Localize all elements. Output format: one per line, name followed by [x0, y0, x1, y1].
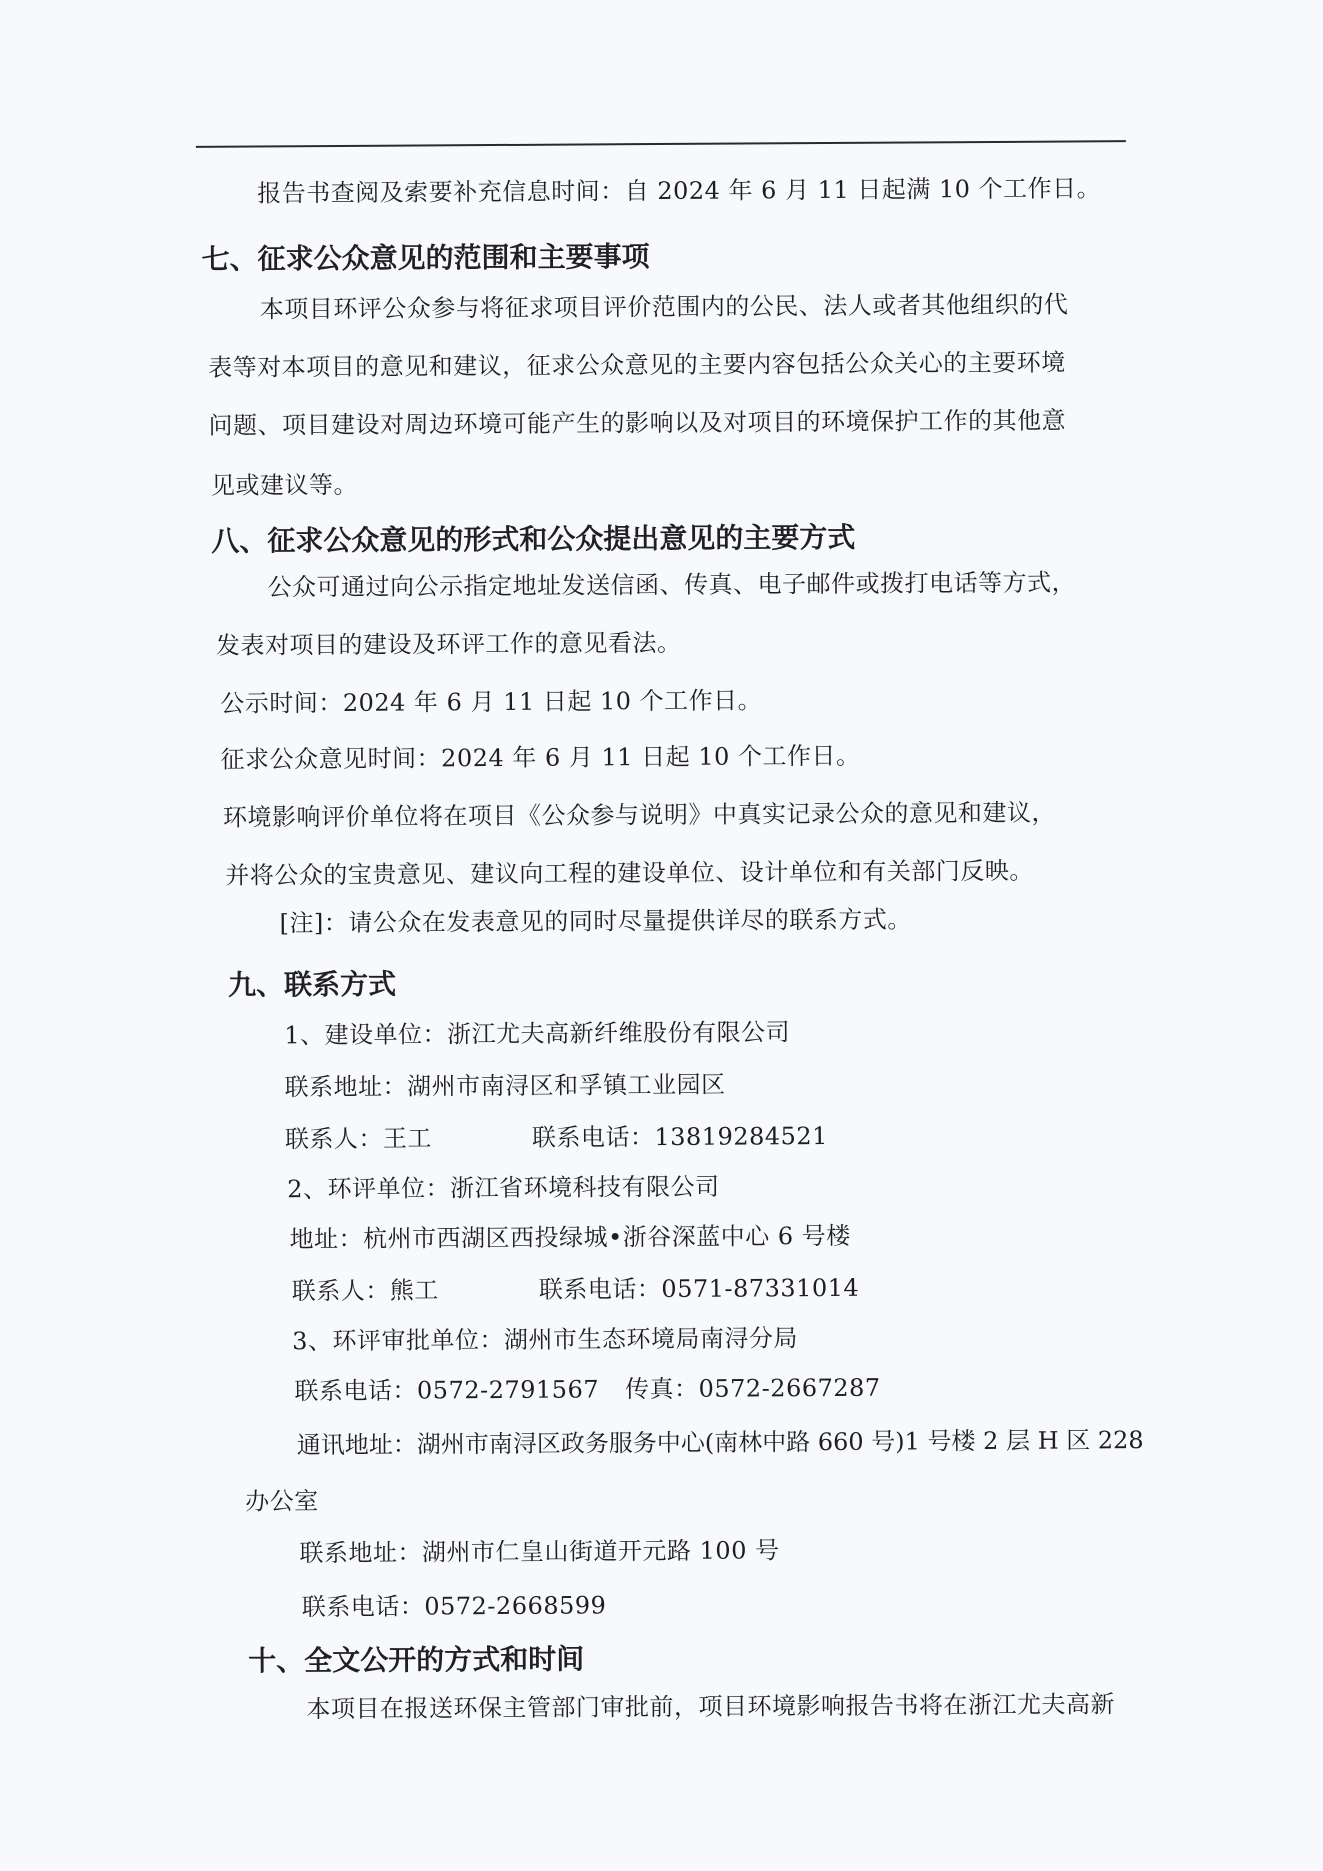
eia-unit-phone: 联系电话：0571-87331014 [539, 1274, 860, 1304]
eia-unit-person: 联系人：熊工 [292, 1276, 439, 1305]
eia-unit-contact-row: 联系人：熊工联系电话：0571-87331014 [292, 1273, 860, 1306]
report-access-time: 报告书查阅及索要补充信息时间：自 2024 年 6 月 11 日起满 10 个工… [257, 173, 1101, 208]
builder-person: 联系人：王工 [285, 1124, 432, 1153]
eia-unit-title: 2、环评单位：浙江省环境科技有限公司 [287, 1172, 719, 1205]
note-line: [注]：请公众在发表意见的同时尽量提供详尽的联系方式。 [280, 904, 912, 938]
section-8-line: 并将公众的宝贵意见、建议向工程的建设单位、设计单位和有关部门反映。 [225, 856, 1034, 891]
approval-unit-phone: 联系电话：0572-2791567 [294, 1375, 599, 1405]
publicity-period: 公示时间：2024 年 6 月 11 日起 10 个工作日。 [220, 685, 762, 718]
document-page: 报告书查阅及索要补充信息时间：自 2024 年 6 月 11 日起满 10 个工… [0, 0, 1323, 1871]
section-7-line: 问题、项目建设对周边环境可能产生的影响以及对项目的环境保护工作的其他意 [209, 406, 1067, 441]
section-7-line: 本项目环评公众参与将征求项目评价范围内的公民、法人或者其他组织的代 [260, 290, 1069, 325]
approval-unit-contact-phone: 联系电话：0572-2668599 [302, 1590, 607, 1622]
header-rule [196, 140, 1126, 148]
approval-unit-mail-address-cont: 办公室 [245, 1486, 319, 1516]
approval-unit-fax: 传真：0572-2667287 [625, 1374, 881, 1404]
comment-period: 征求公众意见时间：2024 年 6 月 11 日起 10 个工作日。 [221, 741, 861, 775]
section-7-line: 表等对本项目的意见和建议，征求公众意见的主要内容包括公众关心的主要环境 [208, 348, 1066, 383]
section-8-line: 环境影响评价单位将在项目《公众参与说明》中真实记录公众的意见和建议， [223, 798, 1056, 833]
section-10-heading: 十、全文公开的方式和时间 [248, 1643, 584, 1679]
eia-unit-address: 地址：杭州市西湖区西投绿城•浙谷深蓝中心 6 号楼 [289, 1221, 850, 1254]
section-8-line: 公众可通过向公示指定地址发送信函、传真、电子邮件或拨打电话等方式， [267, 567, 1076, 602]
approval-unit-contact-address: 联系地址：湖州市仁皇山街道开元路 100 号 [299, 1535, 779, 1568]
section-8-line: 发表对项目的建设及环评工作的意见看法。 [216, 628, 682, 661]
builder-title: 1、建设单位：浙江尤夫高新纤维股份有限公司 [284, 1017, 790, 1050]
builder-contact-row: 联系人：王工联系电话：13819284521 [285, 1121, 828, 1154]
builder-phone: 联系电话：13819284521 [532, 1122, 828, 1152]
section-9-heading: 九、联系方式 [228, 968, 396, 1003]
section-7-heading: 七、征求公众意见的范围和主要事项 [201, 240, 649, 277]
approval-unit-title: 3、环评审批单位：湖州市生态环境局南浔分局 [292, 1323, 798, 1356]
section-8-heading: 八、征求公众意见的形式和公众提出意见的主要方式 [211, 521, 855, 559]
section-7-line: 见或建议等。 [211, 470, 358, 501]
approval-unit-mail-address: 通讯地址：湖州市南浔区政务服务中心(南林中路 660 号)1 号楼 2 层 H … [297, 1425, 1144, 1460]
section-10-line: 本项目在报送环保主管部门审批前，项目环境影响报告书将在浙江尤夫高新 [306, 1689, 1115, 1724]
builder-address: 联系地址：湖州市南浔区和孚镇工业园区 [285, 1070, 726, 1103]
approval-unit-phone-row: 联系电话：0572-2791567传真：0572-2667287 [294, 1373, 880, 1407]
